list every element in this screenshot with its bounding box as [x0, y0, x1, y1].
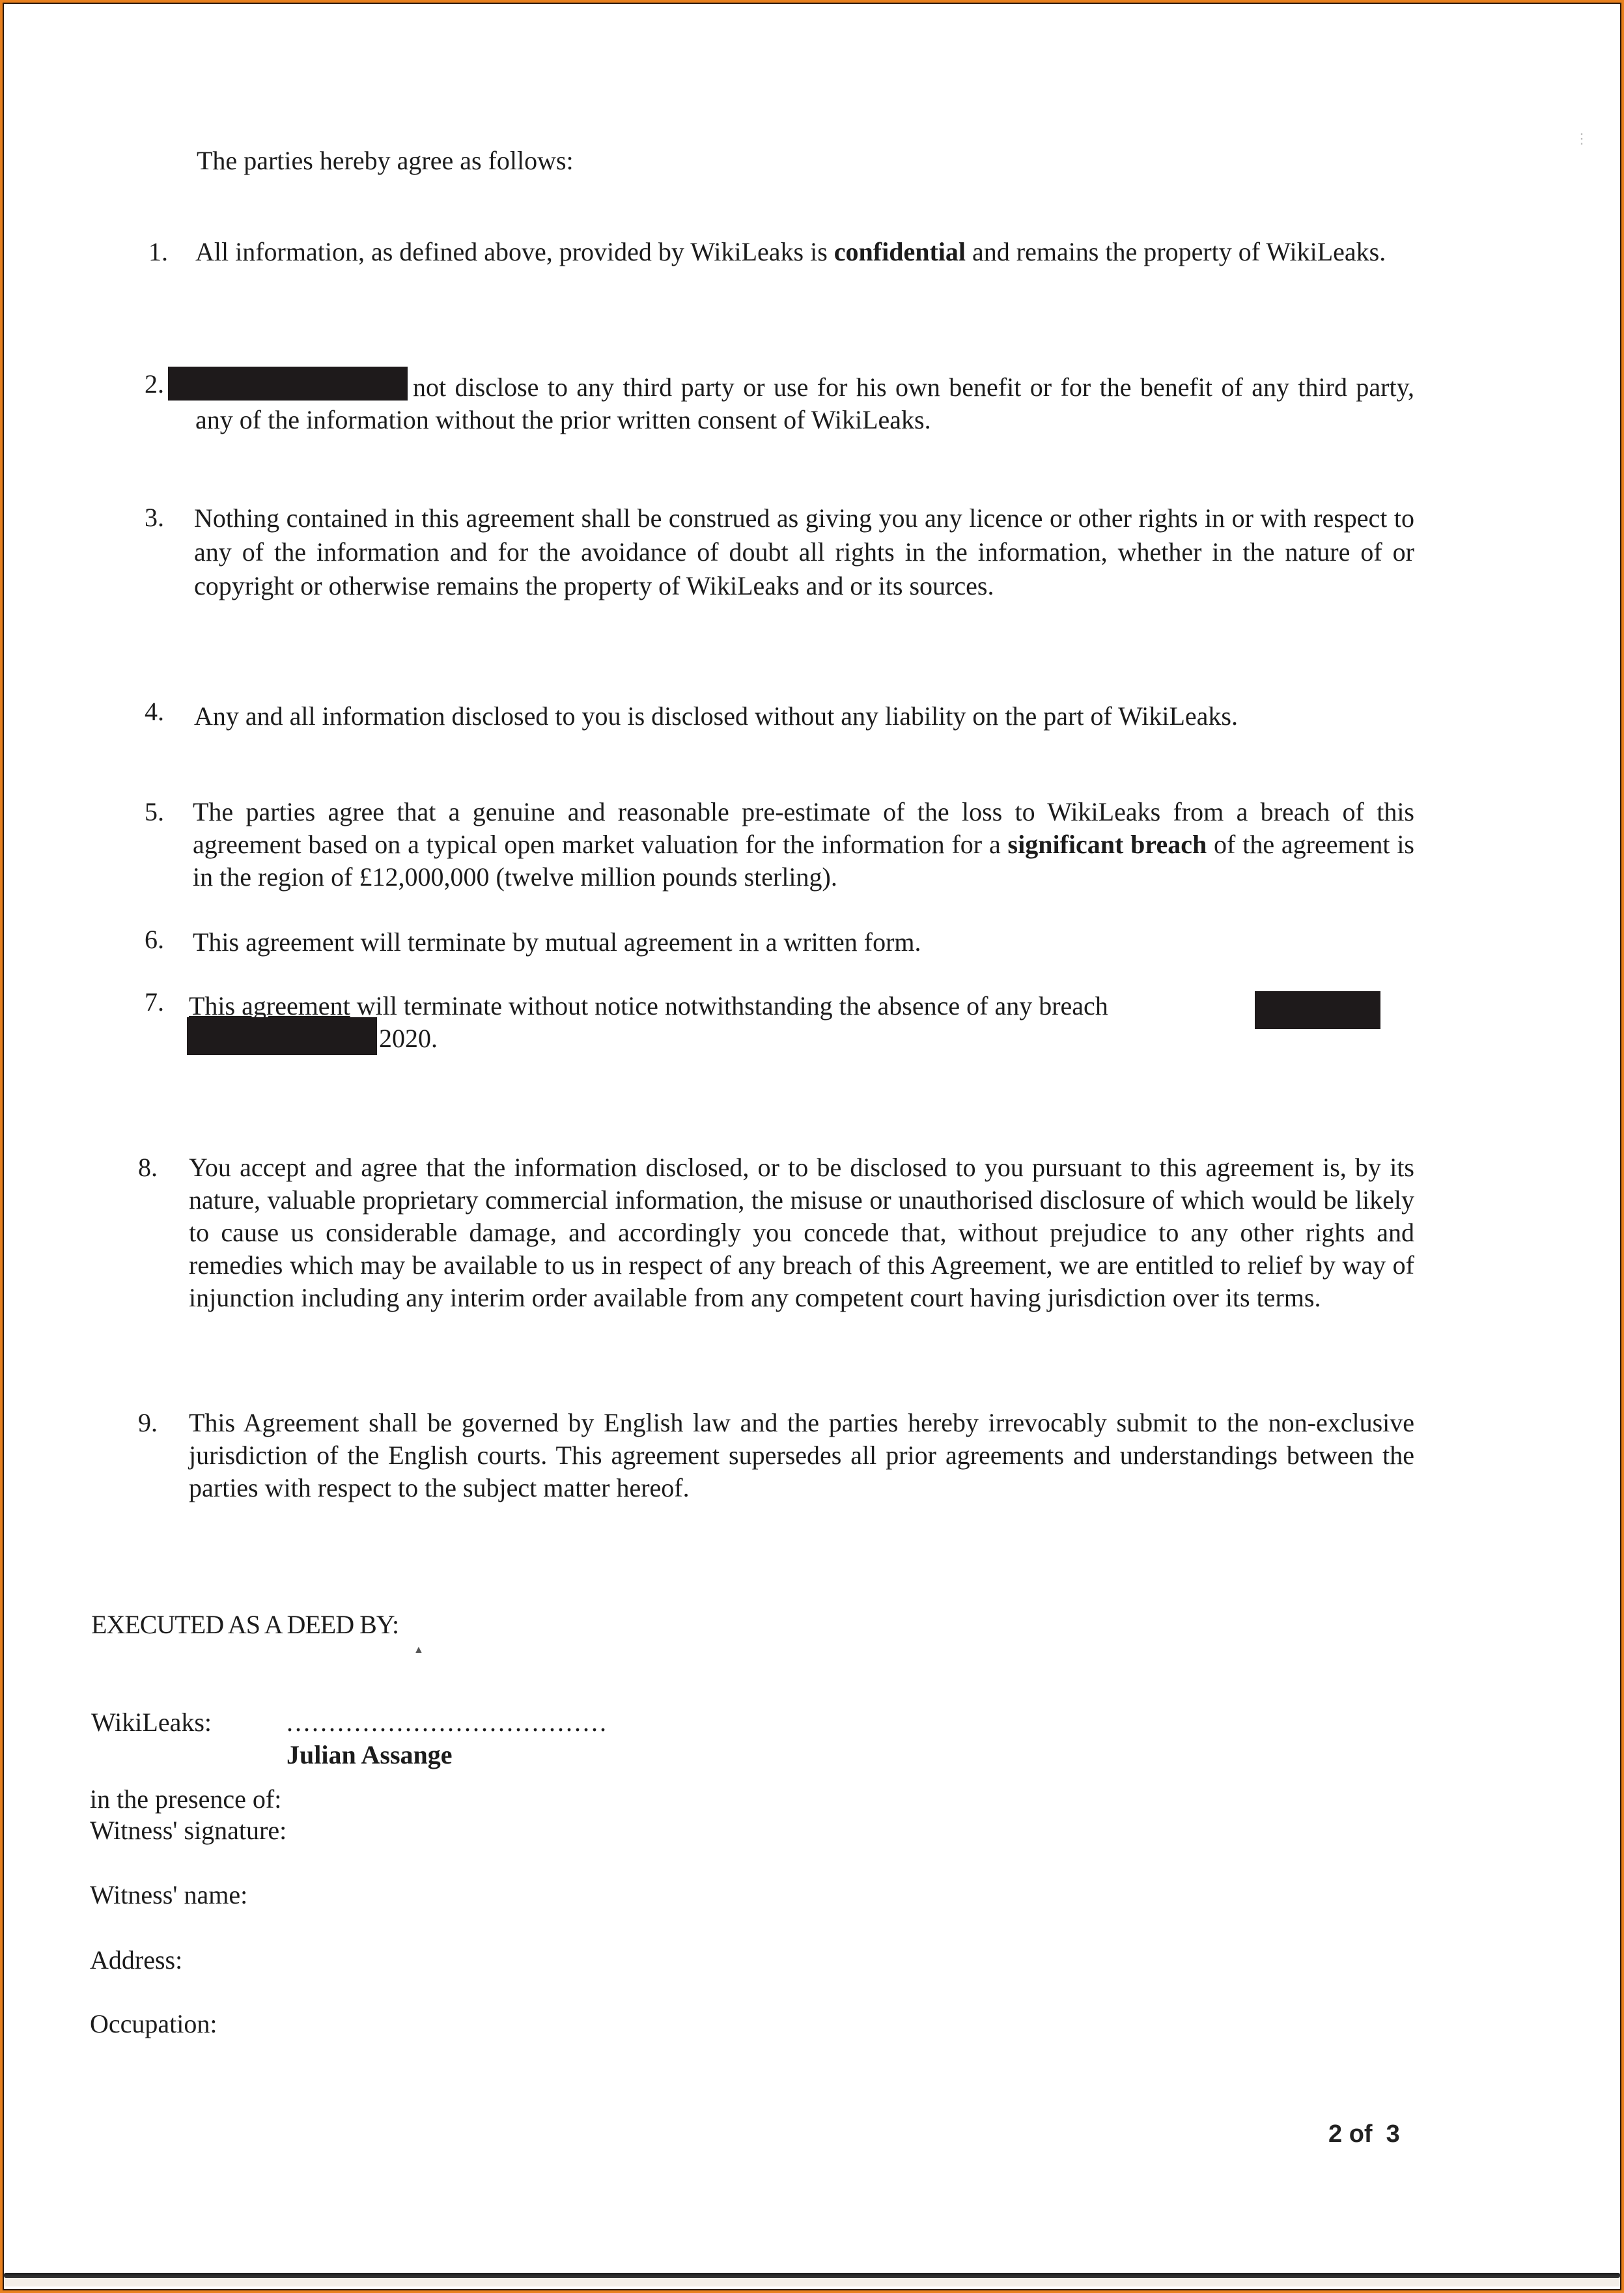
clause-7-underlined: This agreement [189, 991, 350, 1020]
page-frame [0, 0, 1624, 2293]
clause-3: Nothing contained in this agreement shal… [194, 501, 1414, 603]
clause-8-text: You accept and agree that the informatio… [189, 1153, 1414, 1312]
clause-9: This Agreement shall be governed by Engl… [189, 1407, 1414, 1504]
clause-5-number: 5. [145, 796, 164, 828]
clause-4: Any and all information disclosed to you… [194, 700, 1238, 733]
executed-heading: EXECUTED AS A DEED BY: [91, 1609, 399, 1641]
occupation-label: Occupation: [90, 2008, 217, 2040]
page-indicator: 2 of 3 [1328, 2120, 1400, 2148]
page-frame-inner [3, 3, 1621, 2290]
scan-mark: ⋮ [1575, 130, 1589, 147]
clause-6-number: 6. [145, 923, 164, 956]
clause-5-bold: significant breach [1008, 830, 1207, 859]
clause-2-number: 2. [145, 368, 164, 401]
clause-8: You accept and agree that the informatio… [189, 1151, 1414, 1314]
redaction-box [1255, 991, 1380, 1029]
clause-7-text-pre: will terminate without notice notwithsta… [350, 991, 1108, 1020]
clause-2: not disclose to any third party or use f… [195, 371, 1414, 436]
address-label: Address: [90, 1944, 182, 1976]
signatory-name: Julian Assange [287, 1739, 453, 1771]
bottom-rule [4, 2273, 1620, 2278]
clause-7-line-2: 2020. [379, 1022, 438, 1055]
clause-3-number: 3. [145, 501, 164, 534]
witness-name-label: Witness' name: [90, 1879, 247, 1911]
clause-2-text: not disclose to any third party or use f… [195, 373, 1414, 434]
clause-1-number: 1. [148, 236, 168, 268]
clause-4-text: Any and all information disclosed to you… [194, 701, 1238, 731]
clause-4-number: 4. [145, 696, 164, 728]
clause-6-text: This agreement will terminate by mutual … [193, 927, 921, 957]
clause-6: This agreement will terminate by mutual … [193, 926, 921, 959]
clause-1-bold: confidential [834, 237, 966, 266]
clause-1-text-pre: All information, as defined above, provi… [195, 237, 834, 266]
clause-1-text-post: and remains the property of WikiLeaks. [966, 237, 1386, 266]
presence-label: in the presence of: [90, 1783, 281, 1816]
witness-signature-label: Witness' signature: [90, 1814, 287, 1847]
bottom-strip [4, 2278, 1620, 2286]
clause-3-text: Nothing contained in this agreement shal… [194, 503, 1414, 600]
intro-text: The parties hereby agree as follows: [197, 145, 574, 177]
clause-8-number: 8. [138, 1151, 158, 1184]
clause-5: The parties agree that a genuine and rea… [193, 796, 1414, 893]
clause-1: All information, as defined above, provi… [195, 236, 1414, 268]
clause-9-number: 9. [138, 1407, 158, 1439]
clause-7-text-post: 2020. [379, 1024, 438, 1053]
wikileaks-label: WikiLeaks: [91, 1706, 212, 1739]
scan-mark: ▲ [413, 1644, 424, 1656]
signature-line[interactable]: ...................................... [287, 1706, 608, 1739]
clause-7-number: 7. [145, 986, 164, 1019]
redaction-box [187, 1017, 377, 1055]
clause-9-text: This Agreement shall be governed by Engl… [189, 1408, 1414, 1502]
